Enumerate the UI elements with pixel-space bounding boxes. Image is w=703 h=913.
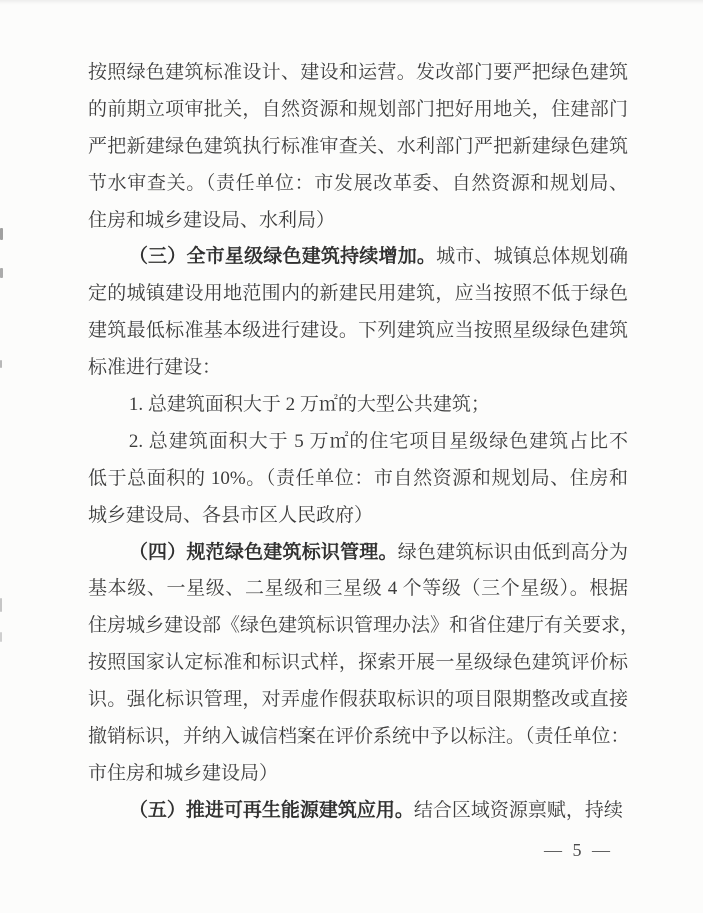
body-text: 1. 总建筑面积大于 2 万㎡的大型公共建筑；: [129, 394, 490, 415]
body-text: 基本级、一星级、二星级和三星级 4 个等级（三个星级）。根据: [88, 578, 628, 599]
text-line: 城乡建设局、各县市区人民政府）: [88, 498, 628, 535]
section-heading-text: （五）推进可再生能源建筑应用。: [129, 800, 414, 821]
section-heading-text: （四）规范绿色建筑标识管理。: [129, 542, 398, 563]
text-line: 2. 总建筑面积大于 5 万㎡的住宅项目星级绿色建筑占比不: [88, 424, 628, 461]
text-line: 识。强化标识管理，对弄虚作假获取标识的项目限期整改或直接: [88, 682, 628, 719]
body-text: 住房和城乡建设局、水利局）: [88, 210, 335, 231]
text-line: 撤销标识，并纳入诚信档案在评价系统中予以标注。（责任单位：: [88, 719, 628, 756]
text-line: （四）规范绿色建筑标识管理。绿色建筑标识由低到高分为: [88, 535, 628, 572]
text-line: （五）推进可再生能源建筑应用。结合区域资源禀赋，持续: [88, 793, 628, 830]
body-text: 按照国家认定标准和标识式样，探索开展一星级绿色建筑评价标: [88, 652, 628, 673]
body-text: 城市、城镇总体规划确: [436, 246, 628, 267]
scan-top-edge-shadow: [0, 0, 703, 5]
text-line: 市住房和城乡建设局）: [88, 756, 628, 793]
scan-artifact: [0, 268, 3, 278]
text-line: 按照绿色建筑标准设计、建设和运营。发改部门要严把绿色建筑: [88, 55, 628, 92]
body-text: 定的城镇建设用地范围内的新建民用建筑，应当按照不低于绿色: [88, 283, 628, 304]
section-heading-text: （三）全市星级绿色建筑持续增加。: [129, 246, 436, 267]
body-text: 识。强化标识管理，对弄虚作假获取标识的项目限期整改或直接: [88, 689, 628, 710]
body-text: 严把新建绿色建筑执行标准审查关、水利部门严把新建绿色建筑: [88, 136, 628, 157]
scan-artifact: [0, 598, 2, 612]
text-line: 基本级、一星级、二星级和三星级 4 个等级（三个星级）。根据: [88, 571, 628, 608]
body-text: 绿色建筑标识由低到高分为: [398, 542, 628, 563]
body-text: 市住房和城乡建设局）: [88, 763, 278, 784]
body-text: 建筑最低标准基本级进行建设。下列建筑应当按照星级绿色建筑: [88, 320, 628, 341]
body-text: 节水审查关。（责任单位：市发展改革委、自然资源和规划局、: [88, 173, 628, 194]
body-text: 的前期立项审批关，自然资源和规划部门把好用地关，住建部门: [88, 99, 628, 120]
text-line: 定的城镇建设用地范围内的新建民用建筑，应当按照不低于绿色: [88, 276, 628, 313]
document-page: 按照绿色建筑标准设计、建设和运营。发改部门要严把绿色建筑的前期立项审批关，自然资…: [0, 0, 703, 913]
document-body: 按照绿色建筑标准设计、建设和运营。发改部门要严把绿色建筑的前期立项审批关，自然资…: [88, 55, 628, 830]
body-text: 住房城乡建设部《绿色建筑标识管理办法》和省住建厅有关要求，: [88, 615, 639, 636]
text-line: 建筑最低标准基本级进行建设。下列建筑应当按照星级绿色建筑: [88, 313, 628, 350]
body-text: 标准进行建设：: [88, 357, 221, 378]
text-line: 节水审查关。（责任单位：市发展改革委、自然资源和规划局、: [88, 166, 628, 203]
scan-artifact: [0, 360, 2, 368]
body-text: 2. 总建筑面积大于 5 万㎡的住宅项目星级绿色建筑占比不: [129, 431, 628, 452]
page-number: — 5 —: [544, 840, 613, 861]
body-text: 城乡建设局、各县市区人民政府）: [88, 505, 373, 526]
body-text: 低于总面积的 10%。（责任单位：市自然资源和规划局、住房和: [88, 468, 628, 489]
text-line: 低于总面积的 10%。（责任单位：市自然资源和规划局、住房和: [88, 461, 628, 498]
text-line: 1. 总建筑面积大于 2 万㎡的大型公共建筑；: [88, 387, 628, 424]
scan-artifact: [0, 632, 2, 642]
text-line: 住房和城乡建设局、水利局）: [88, 203, 628, 240]
body-text: 结合区域资源禀赋，持续: [414, 800, 623, 821]
body-text: 按照绿色建筑标准设计、建设和运营。发改部门要严把绿色建筑: [88, 62, 628, 83]
text-line: 按照国家认定标准和标识式样，探索开展一星级绿色建筑评价标: [88, 645, 628, 682]
scan-artifact: [0, 228, 3, 240]
text-line: 严把新建绿色建筑执行标准审查关、水利部门严把新建绿色建筑: [88, 129, 628, 166]
body-text: 撤销标识，并纳入诚信档案在评价系统中予以标注。（责任单位：: [88, 726, 630, 747]
text-line: 标准进行建设：: [88, 350, 628, 387]
text-line: 住房城乡建设部《绿色建筑标识管理办法》和省住建厅有关要求，: [88, 608, 628, 645]
text-line: 的前期立项审批关，自然资源和规划部门把好用地关，住建部门: [88, 92, 628, 129]
text-line: （三）全市星级绿色建筑持续增加。城市、城镇总体规划确: [88, 239, 628, 276]
